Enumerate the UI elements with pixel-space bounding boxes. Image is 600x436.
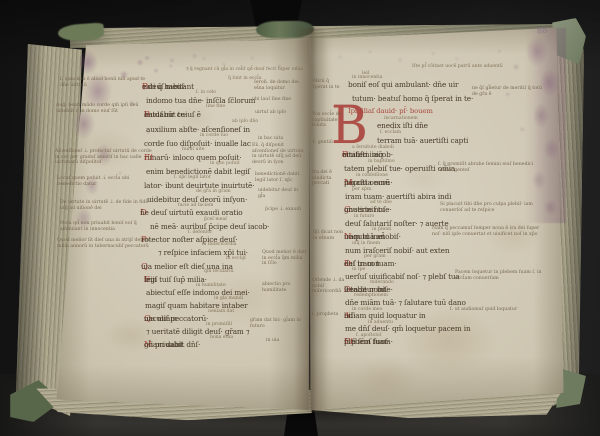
gutter-side-gloss: Quod melior ē dieſ in eccl̄a q̄m milia i… — [262, 250, 307, 267]
interlinear-gloss: in baptiſmo — [368, 159, 395, 164]
margin-gloss: ne q̄ſ gl̄ietur de meritiſ q̄ totū de gr… — [472, 86, 548, 97]
interlinear-gloss: facie ad faciem — [178, 203, 213, 208]
interlinear-gloss: in corde ſuo — [200, 133, 228, 138]
margin-gloss: ſ. gentiū — [313, 140, 343, 146]
interlinear-gloss: in aduentu — [368, 320, 393, 325]
interlinear-gloss: incarnationem — [384, 116, 418, 121]
margin-gloss: ſ. ut audiamuſ quid loquatur — [450, 307, 534, 313]
interlinear-gloss: in miſericordia — [202, 242, 236, 247]
interlinear-gloss: ueniam dat — [208, 309, 234, 314]
margin-gloss: ſ. q̄ promiſit abrahe ſemini eiuſ benedi… — [438, 162, 548, 173]
interlinear-gloss: ſine fine — [206, 104, 225, 109]
margin-gloss: Nota qd̄ non priuabit boniſ eoſ q̄ ambul… — [60, 221, 155, 232]
margin-gloss: q̄ſi dicat non in et̄num — [313, 230, 345, 241]
margin-gloss: ſ. quia non ē aliud bonū niſi apud te dn… — [60, 77, 152, 88]
margin-gloss: Locuſ quem poſuit .i. eccl̄a ubi benedic… — [57, 176, 145, 187]
gutter-side-gloss: Ieron̄. de domo dei et̄na loquitur — [254, 80, 304, 91]
interlinear-gloss: in confeſſione — [356, 173, 388, 178]
gutter-side-gloss: gr̄am dat hic· gl̄am in futuro — [250, 318, 305, 329]
interlinear-gloss: in ſpe — [352, 267, 365, 272]
margin-gloss: Auḡ. beati mūdo corde qm̄ ipſi deū uideb… — [56, 103, 152, 114]
interlinear-gloss: in corde meo — [352, 307, 382, 312]
margin-gloss: Vox eccl̄e de captiuitate ſoluta — [312, 112, 344, 129]
gutter-side-gloss: uirtuſ ab ipſo — [255, 110, 303, 116]
interlinear-gloss: ſ. eccl̄am — [380, 130, 401, 135]
interlinear-gloss: in futuro — [354, 214, 374, 219]
manuscript-photo: B ⁊ deuſ meuſ· Beati q̄ habitantindomo t… — [0, 0, 600, 436]
margin-gloss: De uirtute in uirtutē .i. de fide in fid… — [60, 200, 152, 211]
interlinear-gloss: in p̄ſenti — [372, 227, 392, 232]
interlinear-gloss: p̄ceſ meaſ — [204, 217, 227, 222]
interlinear-gloss: bona et̄na — [210, 335, 233, 340]
interlinear-gloss: ab ipſo dn̄o — [232, 119, 258, 124]
interlinear-gloss: ⁊ q̄ regnant cū gl̄a in cel̄iſ qd̄ deuſ … — [186, 67, 303, 72]
interlinear-gloss: Iſte pſ̄ cōtinet uocē patrū ante aduentū — [412, 64, 503, 69]
margin-gloss: Nam q̄ peccamuſ ſemper noua ē ira dei ſu… — [432, 226, 546, 237]
manuscript-text-layer: B ⁊ deuſ meuſ· Beati q̄ habitantindomo t… — [0, 0, 600, 436]
interlinear-gloss: de gr̄a in gr̄am — [196, 189, 231, 194]
interlinear-gloss: huiuſ uite — [182, 147, 205, 152]
gutter-side-gloss: ubi lauſ ſine fine — [252, 97, 298, 103]
interlinear-gloss: per xp̄m — [352, 187, 371, 192]
gutter-side-gloss: in uia — [266, 338, 306, 344]
interlinear-gloss: a ſeruitute diaboli — [352, 145, 394, 150]
interlinear-gloss: ſ. in celo — [196, 90, 216, 95]
interlinear-gloss: in humilitate — [196, 283, 226, 288]
margin-gloss: Aſcenſioneſ .i. profectuſ uirtutū de cor… — [55, 149, 155, 166]
margin-gloss: Ira dei ē uindicta peccati — [312, 170, 344, 187]
margin-gloss: Si placuit tibi dn̄e pro culpa plebiſ· i… — [440, 202, 544, 213]
margin-gloss: Oſtende .i. da nobiſ miſericordiā — [312, 278, 346, 295]
margin-gloss: Mirū q̄ ſperat in te — [313, 79, 343, 90]
interlinear-gloss: q̄m ſeculariū — [204, 269, 234, 274]
gutter-side-gloss: p̄cipe .i. exaudi — [265, 207, 305, 213]
interlinear-gloss: in eccl̄ijſ — [226, 256, 246, 261]
interlinear-gloss: miſerando — [370, 280, 394, 285]
interlinear-gloss: ſ. apoſtoloſ — [356, 333, 381, 338]
red-initial: Ipſ̄ filiaſ dauid· pſ̄· bouem — [348, 107, 433, 115]
margin-gloss: Pacem loquetur in plebem ſuam ſ. in eccl… — [455, 270, 547, 281]
gutter-side-gloss: abiectio pro humilitate — [262, 282, 307, 293]
margin-gloss: Quod melior ſit dieſ una in atrijſ dei q… — [57, 238, 157, 249]
gutter-side-gloss: Ex̄. q̄ diſponit aſcenſioneſ de uirtute … — [252, 143, 304, 165]
gutter-side-gloss: benedictionē dabit legiſ lator ſ. xp̄c — [255, 172, 305, 183]
interlinear-gloss: uſq̄ in finem — [352, 241, 380, 246]
interlinear-gloss: redemptionem — [354, 293, 388, 298]
margin-gloss: ſ. propheta — [312, 312, 344, 318]
interlinear-gloss: in gl̄a mundi — [214, 296, 243, 301]
gutter-side-gloss: in hac uita — [258, 136, 302, 142]
interlinear-gloss: ad te dn̄e — [370, 200, 392, 205]
interlinear-gloss: ſ. xp̄c legiſ lator — [174, 175, 211, 180]
interlinear-gloss: in promiſſiſ — [206, 322, 232, 327]
folio-number: 88 — [536, 25, 547, 35]
interlinear-gloss: in innocentia — [352, 75, 382, 80]
gutter-side-gloss: uidebitur deuſ in gl̄a — [258, 188, 305, 199]
interlinear-gloss: per gr̄am — [364, 254, 386, 259]
interlinear-gloss: ſ. defenſor — [188, 230, 212, 235]
interlinear-gloss: in quo poſuit — [210, 161, 240, 166]
